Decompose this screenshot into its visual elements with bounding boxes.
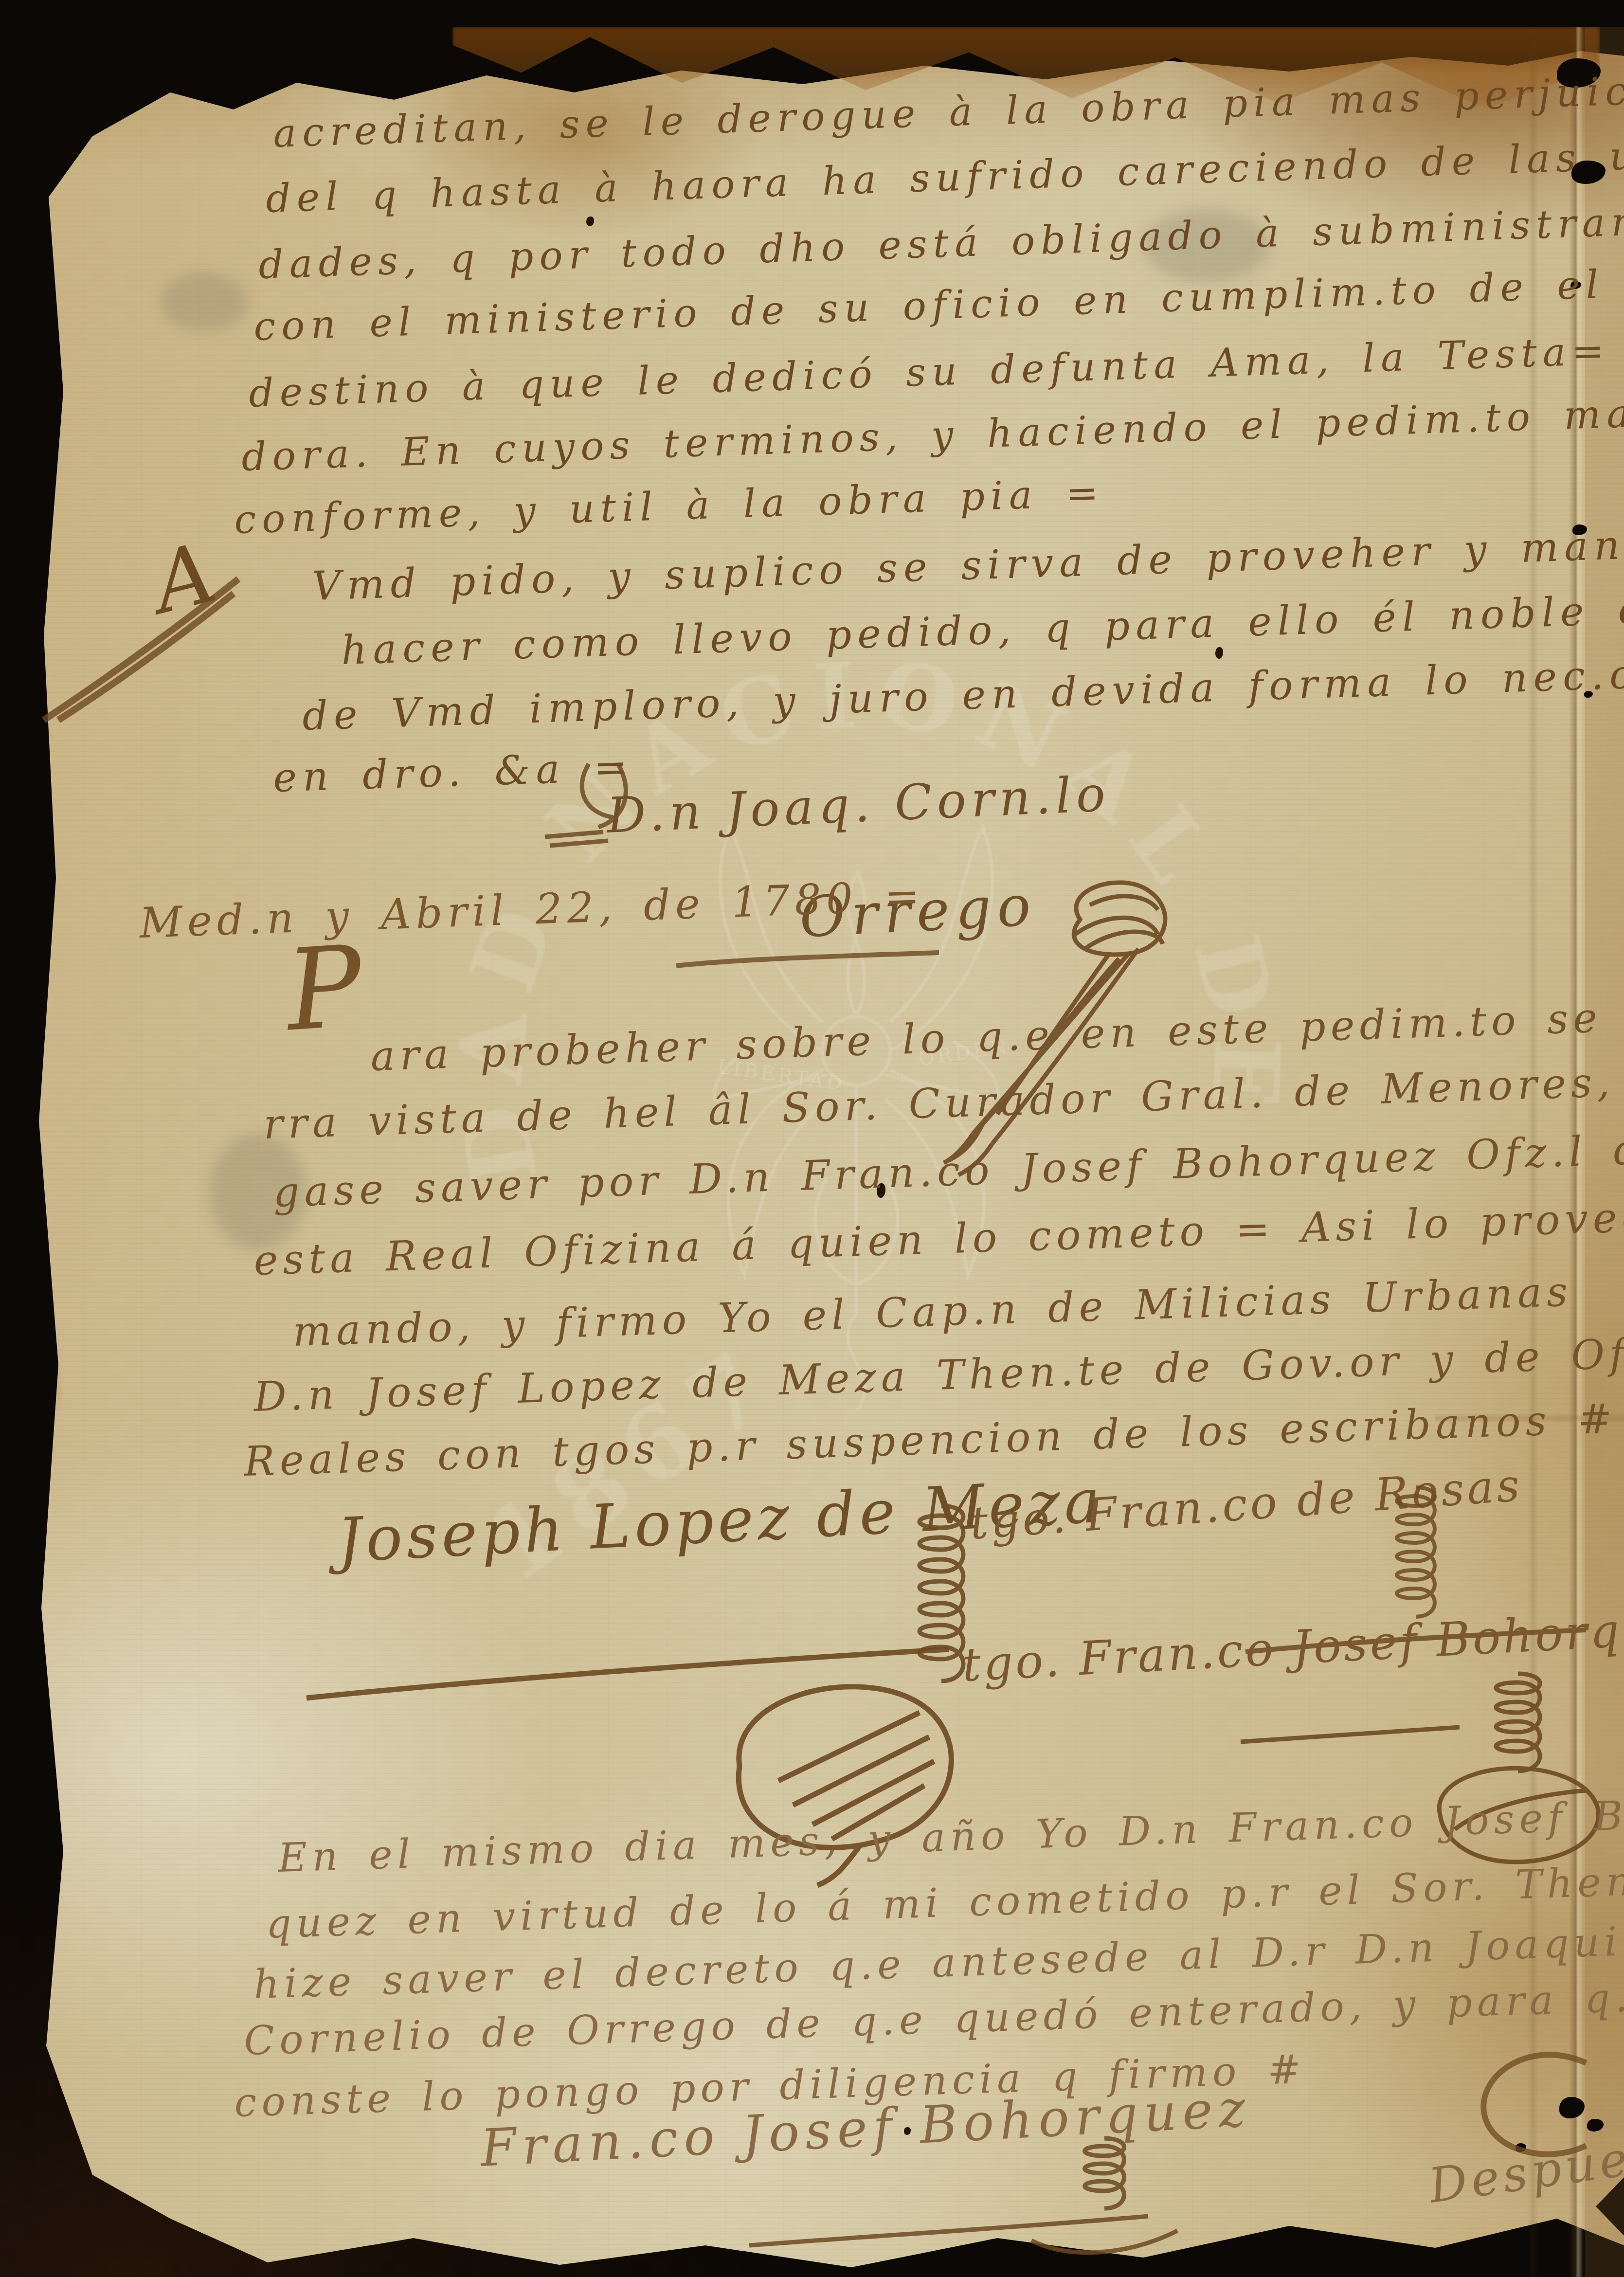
manuscript-scan: LIBERTAD ORDEN DAD NACIONAL DE CO 1867 a…	[0, 0, 1624, 2277]
initial-swash-flourish	[29, 560, 272, 754]
diligence-rubric-flourish	[1002, 2133, 1207, 2277]
decree-initial-letter: P	[282, 922, 366, 1056]
witness1-rubric-coil	[1377, 1482, 1455, 1627]
